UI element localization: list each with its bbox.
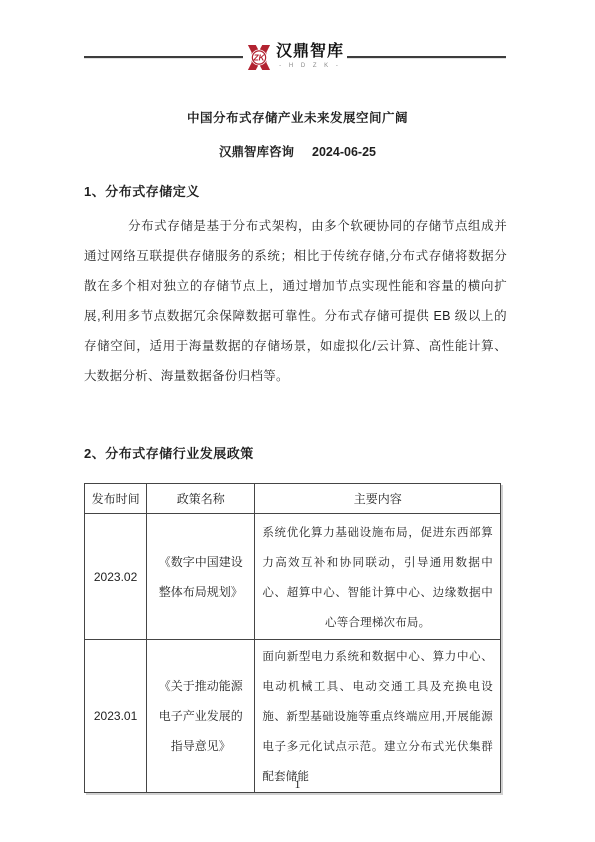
column-header-policy-name: 政策名称	[147, 484, 255, 514]
brand-name: 汉鼎智库	[276, 44, 344, 60]
byline-org: 汉鼎智库咨询	[219, 145, 294, 159]
page-header: ZK 汉鼎智库 - H D Z K -	[84, 42, 506, 72]
section-1-heading: 1、分布式存储定义	[84, 181, 507, 200]
brand-logo-icon: ZK	[247, 44, 271, 71]
header-rule-right	[347, 56, 506, 58]
column-header-publish-date: 发布时间	[85, 484, 147, 514]
byline: 汉鼎智库咨询2024-06-25	[0, 142, 595, 160]
brand-text-block: 汉鼎智库 - H D Z K -	[276, 44, 344, 70]
policy-name: 《数字中国建设 整体布局规划》	[147, 514, 255, 640]
column-header-main-content: 主要内容	[255, 484, 501, 514]
section-1-paragraph: 分布式存储是基于分布式架构，由多个软硬协同的存储节点组成并通过网络互联提供存储服…	[84, 211, 507, 391]
policy-table: 发布时间 政策名称 主要内容 2023.02 《数字中国建设 整体布局规划》 系…	[84, 483, 501, 793]
document-title: 中国分布式存储产业未来发展空间广阔	[0, 108, 595, 126]
policy-date: 2023.02	[85, 514, 147, 640]
policy-table-row: 2023.01 《关于推动能源 电子产业发展的 指导意见》 面向新型电力系统和数…	[85, 640, 501, 793]
policy-table-header-row: 发布时间 政策名称 主要内容	[85, 484, 501, 514]
policy-table-row: 2023.02 《数字中国建设 整体布局规划》 系统优化算力基础设施布局，促进东…	[85, 514, 501, 640]
brand-logo-monogram: ZK	[252, 52, 265, 62]
policy-date: 2023.01	[85, 640, 147, 793]
document-page: ZK 汉鼎智库 - H D Z K - 中国分布式存储产业未来发展空间广阔 汉鼎…	[0, 0, 595, 842]
policy-content: 系统优化算力基础设施布局，促进东西部算力高效互补和协同联动，引导通用数据中心、超…	[255, 514, 501, 640]
byline-date: 2024-06-25	[312, 145, 376, 159]
page-number: 1	[0, 777, 595, 792]
brand-logo: ZK 汉鼎智库 - H D Z K -	[247, 44, 344, 71]
section-2-heading: 2、分布式存储行业发展政策	[84, 443, 507, 462]
header-rule-left	[84, 56, 243, 58]
policy-name: 《关于推动能源 电子产业发展的 指导意见》	[147, 640, 255, 793]
policy-content: 面向新型电力系统和数据中心、算力中心、电动机械工具、电动交通工具及充换电设施、新…	[255, 640, 501, 793]
brand-subtext: - H D Z K -	[279, 62, 341, 70]
